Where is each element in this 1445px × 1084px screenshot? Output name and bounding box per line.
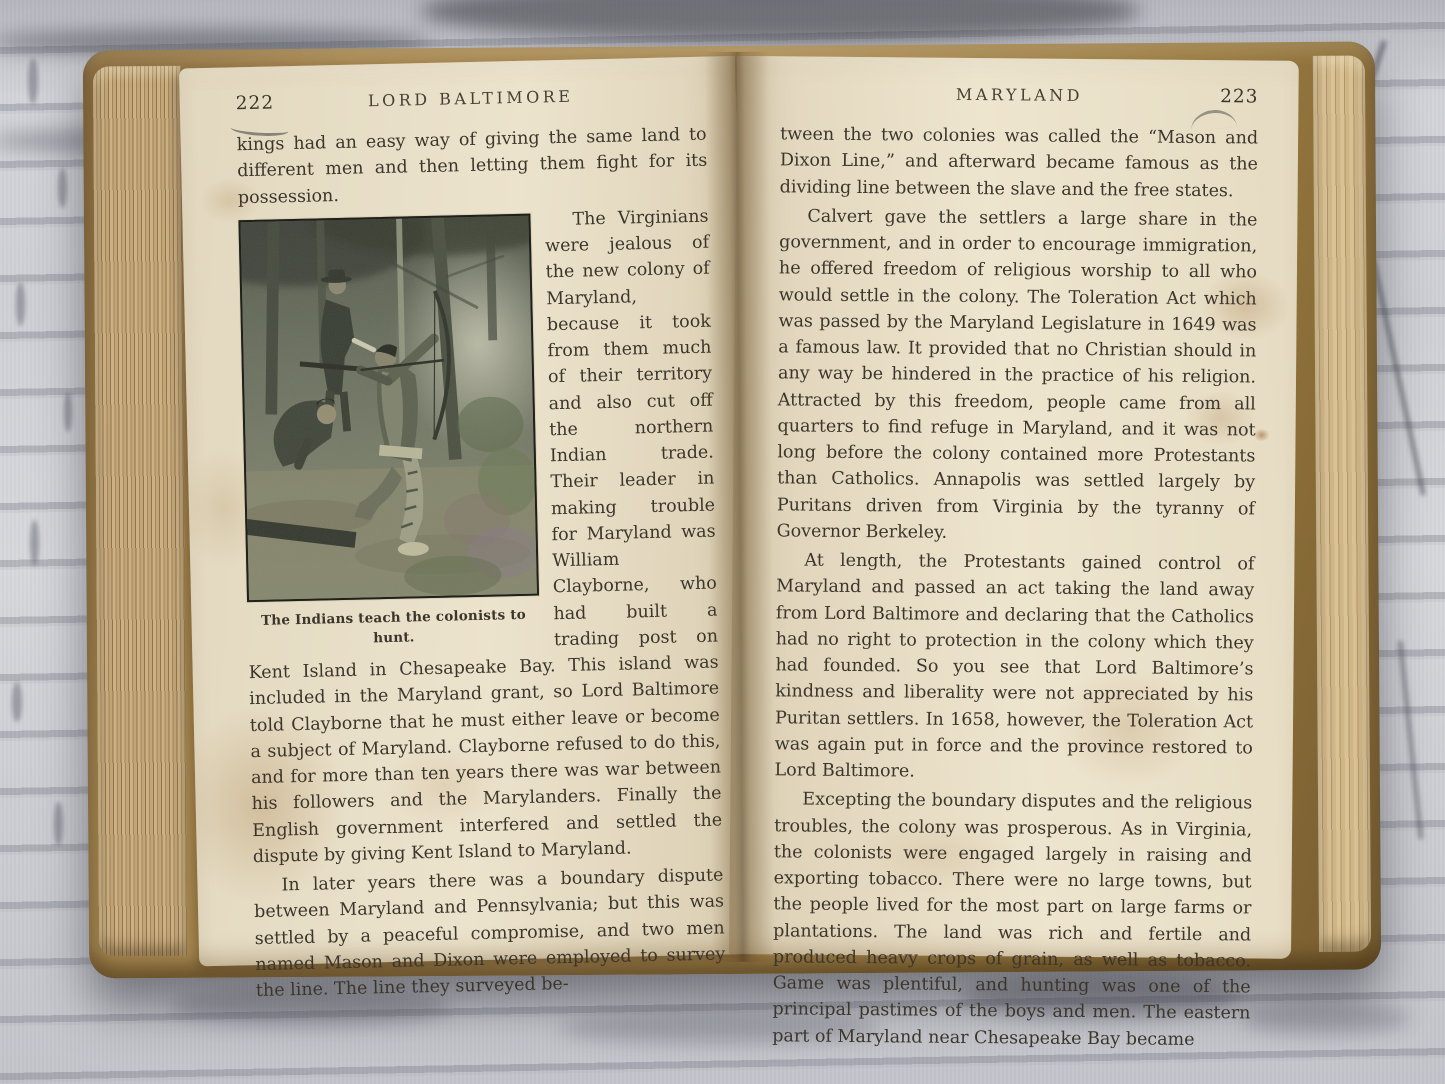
running-head: MARYLAND — [852, 84, 1186, 106]
paragraph: In later years there was a boundary disp… — [253, 862, 726, 1004]
wall-shadow — [1240, 1002, 1410, 1034]
left-page: 222 LORD BALTIMORE kings had an easy way… — [179, 56, 755, 966]
page-number: 223 — [1186, 86, 1258, 108]
right-page-header: MARYLAND 223 — [780, 82, 1258, 107]
paragraph-continued: tween the two colonies was called the “M… — [780, 121, 1259, 204]
right-page-text: tween the two colonies was called the “M… — [772, 121, 1258, 1053]
left-page-header: 222 LORD BALTIMORE — [236, 83, 706, 115]
brick-joint — [16, 282, 25, 326]
open-book: 222 LORD BALTIMORE kings had an easy way… — [83, 42, 1381, 979]
brick-joint — [30, 520, 39, 566]
brick-joint — [28, 58, 38, 104]
brick-joint — [58, 168, 67, 208]
brick-joint — [54, 802, 63, 846]
brick-joint — [12, 682, 22, 722]
page-edges-left — [93, 66, 187, 957]
paragraph: Calvert gave the settlers a large share … — [777, 203, 1258, 548]
illustration-caption: The Indians teach the colonists to hunt. — [247, 604, 540, 651]
right-page: MARYLAND 223 tween the two colonies was … — [729, 56, 1299, 959]
paragraph: Excepting the boundary disputes and the … — [772, 787, 1252, 1054]
brick-joint — [64, 392, 72, 432]
illustration-frame — [238, 213, 539, 602]
book-photo-scene: 222 LORD BALTIMORE kings had an easy way… — [0, 0, 1445, 1084]
book-illustration: The Indians teach the colonists to hunt. — [238, 213, 540, 651]
running-head: LORD BALTIMORE — [308, 85, 634, 111]
book-gutter — [705, 52, 775, 962]
left-page-text: kings had an easy way of giving the same… — [236, 122, 726, 1005]
paragraph-continued: kings had an easy way of giving the same… — [236, 122, 708, 211]
hunting-illustration-svg — [240, 215, 537, 599]
page-number: 222 — [236, 92, 308, 115]
paragraph: At length, the Protestants gained contro… — [774, 547, 1254, 787]
page-edges-right — [1313, 56, 1371, 952]
